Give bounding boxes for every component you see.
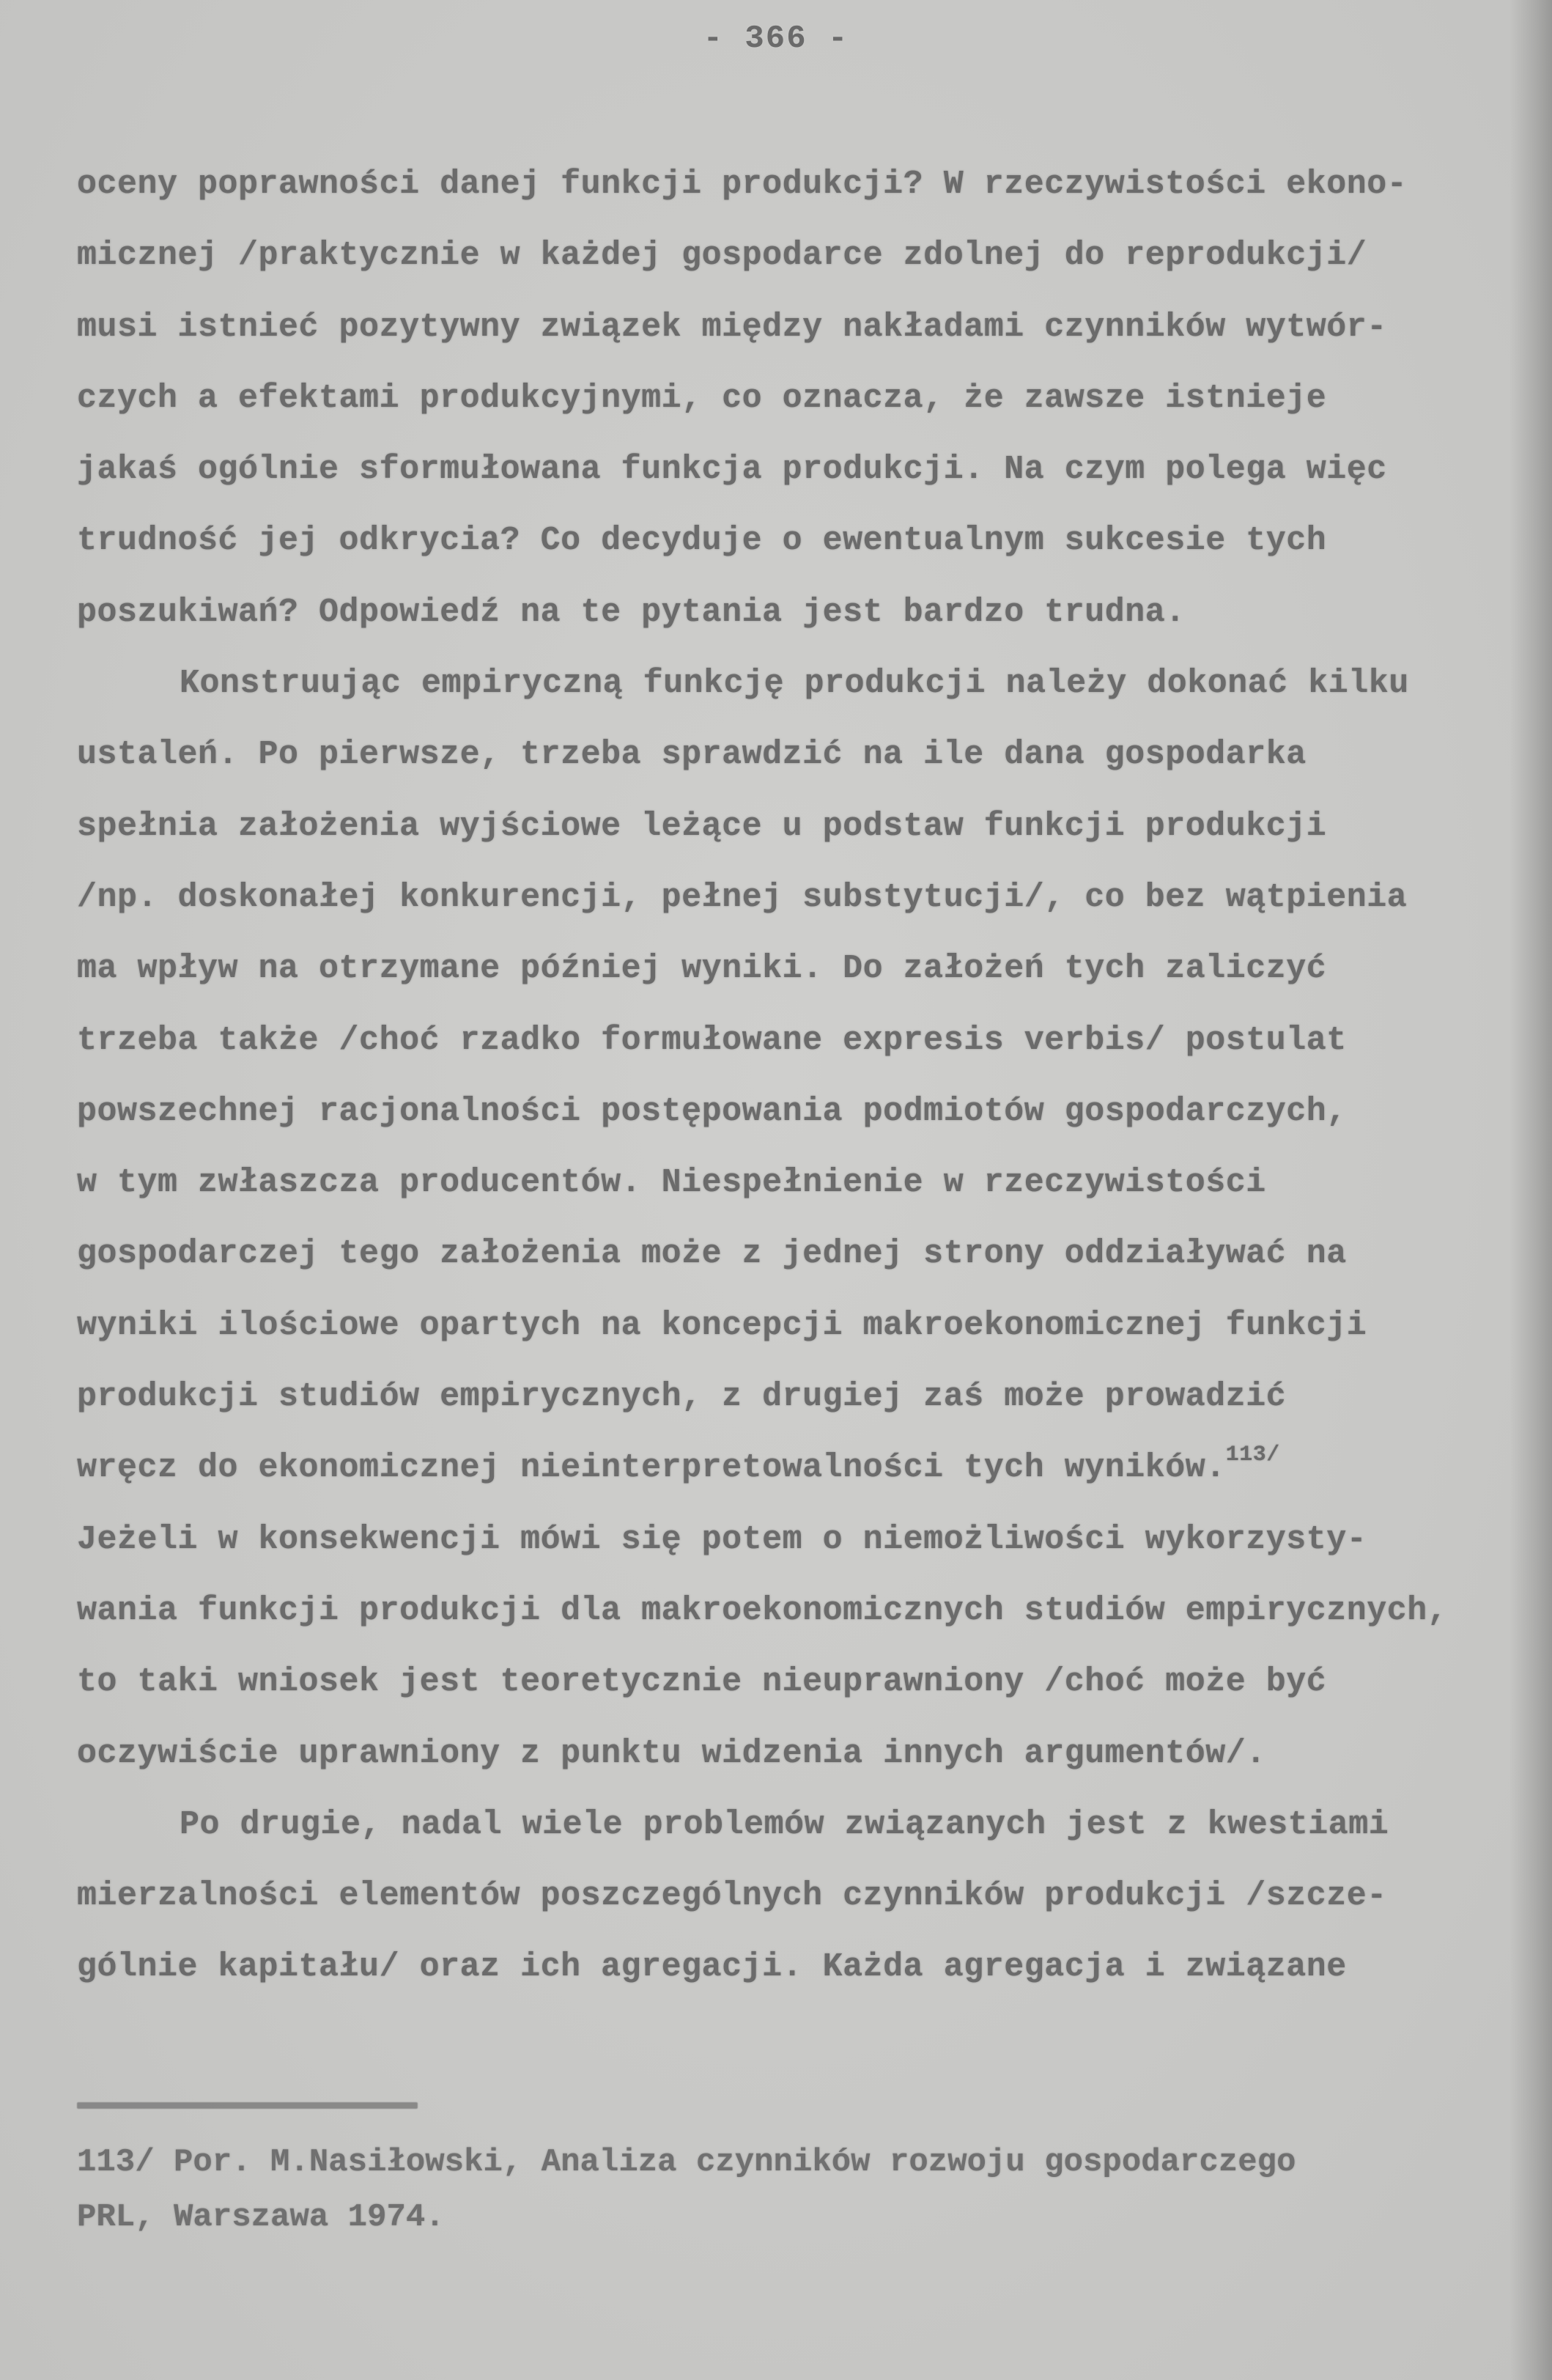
text-line: jakaś ogólnie sformułowana funkcja produ… [77,448,1542,519]
text-line: ustaleń. Po pierwsze, trzeba sprawdzić n… [77,733,1542,804]
text-line: Po drugie, nadal wiele problemów związan… [77,1803,1542,1874]
text-line: powszechnej racjonalności postępowania p… [77,1090,1542,1161]
text-line: wyniki ilościowe opartych na koncepcji m… [77,1304,1542,1375]
text-line: micznej /praktycznie w każdej gospodarce… [77,234,1542,305]
text-line: trudność jej odkrycia? Co decyduje o ewe… [77,519,1542,590]
document-page: - 366 - oceny poprawności danej funkcji … [0,0,1552,2380]
text-line: musi istnieć pozytywny związek między na… [77,306,1542,377]
text-line: wania funkcji produkcji dla makroekonomi… [77,1589,1542,1660]
text-line: to taki wniosek jest teoretycznie nieupr… [77,1660,1542,1731]
text-line: czych a efektami produkcyjnymi, co oznac… [77,377,1542,448]
text-line: trzeba także /choć rzadko formułowane ex… [77,1019,1542,1090]
text-line: oceny poprawności danej funkcji produkcj… [77,163,1542,234]
footnote: 113/ Por. M.Nasiłowski, Analiza czynnikó… [77,2140,1528,2250]
text-line: produkcji studiów empirycznych, z drugie… [77,1375,1542,1446]
text-line: oczywiście uprawniony z punktu widzenia … [77,1732,1542,1803]
footnote-reference: 113/ [1226,1443,1280,1467]
text-line: gospodarczej tego założenia może z jedne… [77,1232,1542,1303]
page-number: - 366 - [0,21,1552,57]
text-line: mierzalności elementów poszczególnych cz… [77,1874,1542,1945]
text-line: w tym zwłaszcza producentów. Niespełnien… [77,1161,1542,1232]
text-line: Jeżeli w konsekwencji mówi się potem o n… [77,1518,1542,1589]
text-line: wręcz do ekonomicznej nieinterpretowalno… [77,1449,1226,1486]
footnote-line: PRL, Warszawa 1974. [77,2195,1528,2250]
text-line-with-footnote: wręcz do ekonomicznej nieinterpretowalno… [77,1446,1542,1517]
body-text: oceny poprawności danej funkcji produkcj… [77,163,1542,2017]
text-line: /np. doskonałej konkurencji, pełnej subs… [77,876,1542,947]
footnote-divider [77,2102,418,2109]
text-line: Konstruując empiryczną funkcję produkcji… [77,662,1542,733]
text-line: ma wpływ na otrzymane później wyniki. Do… [77,947,1542,1018]
footnote-line: 113/ Por. M.Nasiłowski, Analiza czynnikó… [77,2140,1528,2195]
text-line: spełnia założenia wyjściowe leżące u pod… [77,805,1542,876]
text-line: poszukiwań? Odpowiedź na te pytania jest… [77,591,1542,662]
text-line: gólnie kapitału/ oraz ich agregacji. Każ… [77,1945,1542,2016]
